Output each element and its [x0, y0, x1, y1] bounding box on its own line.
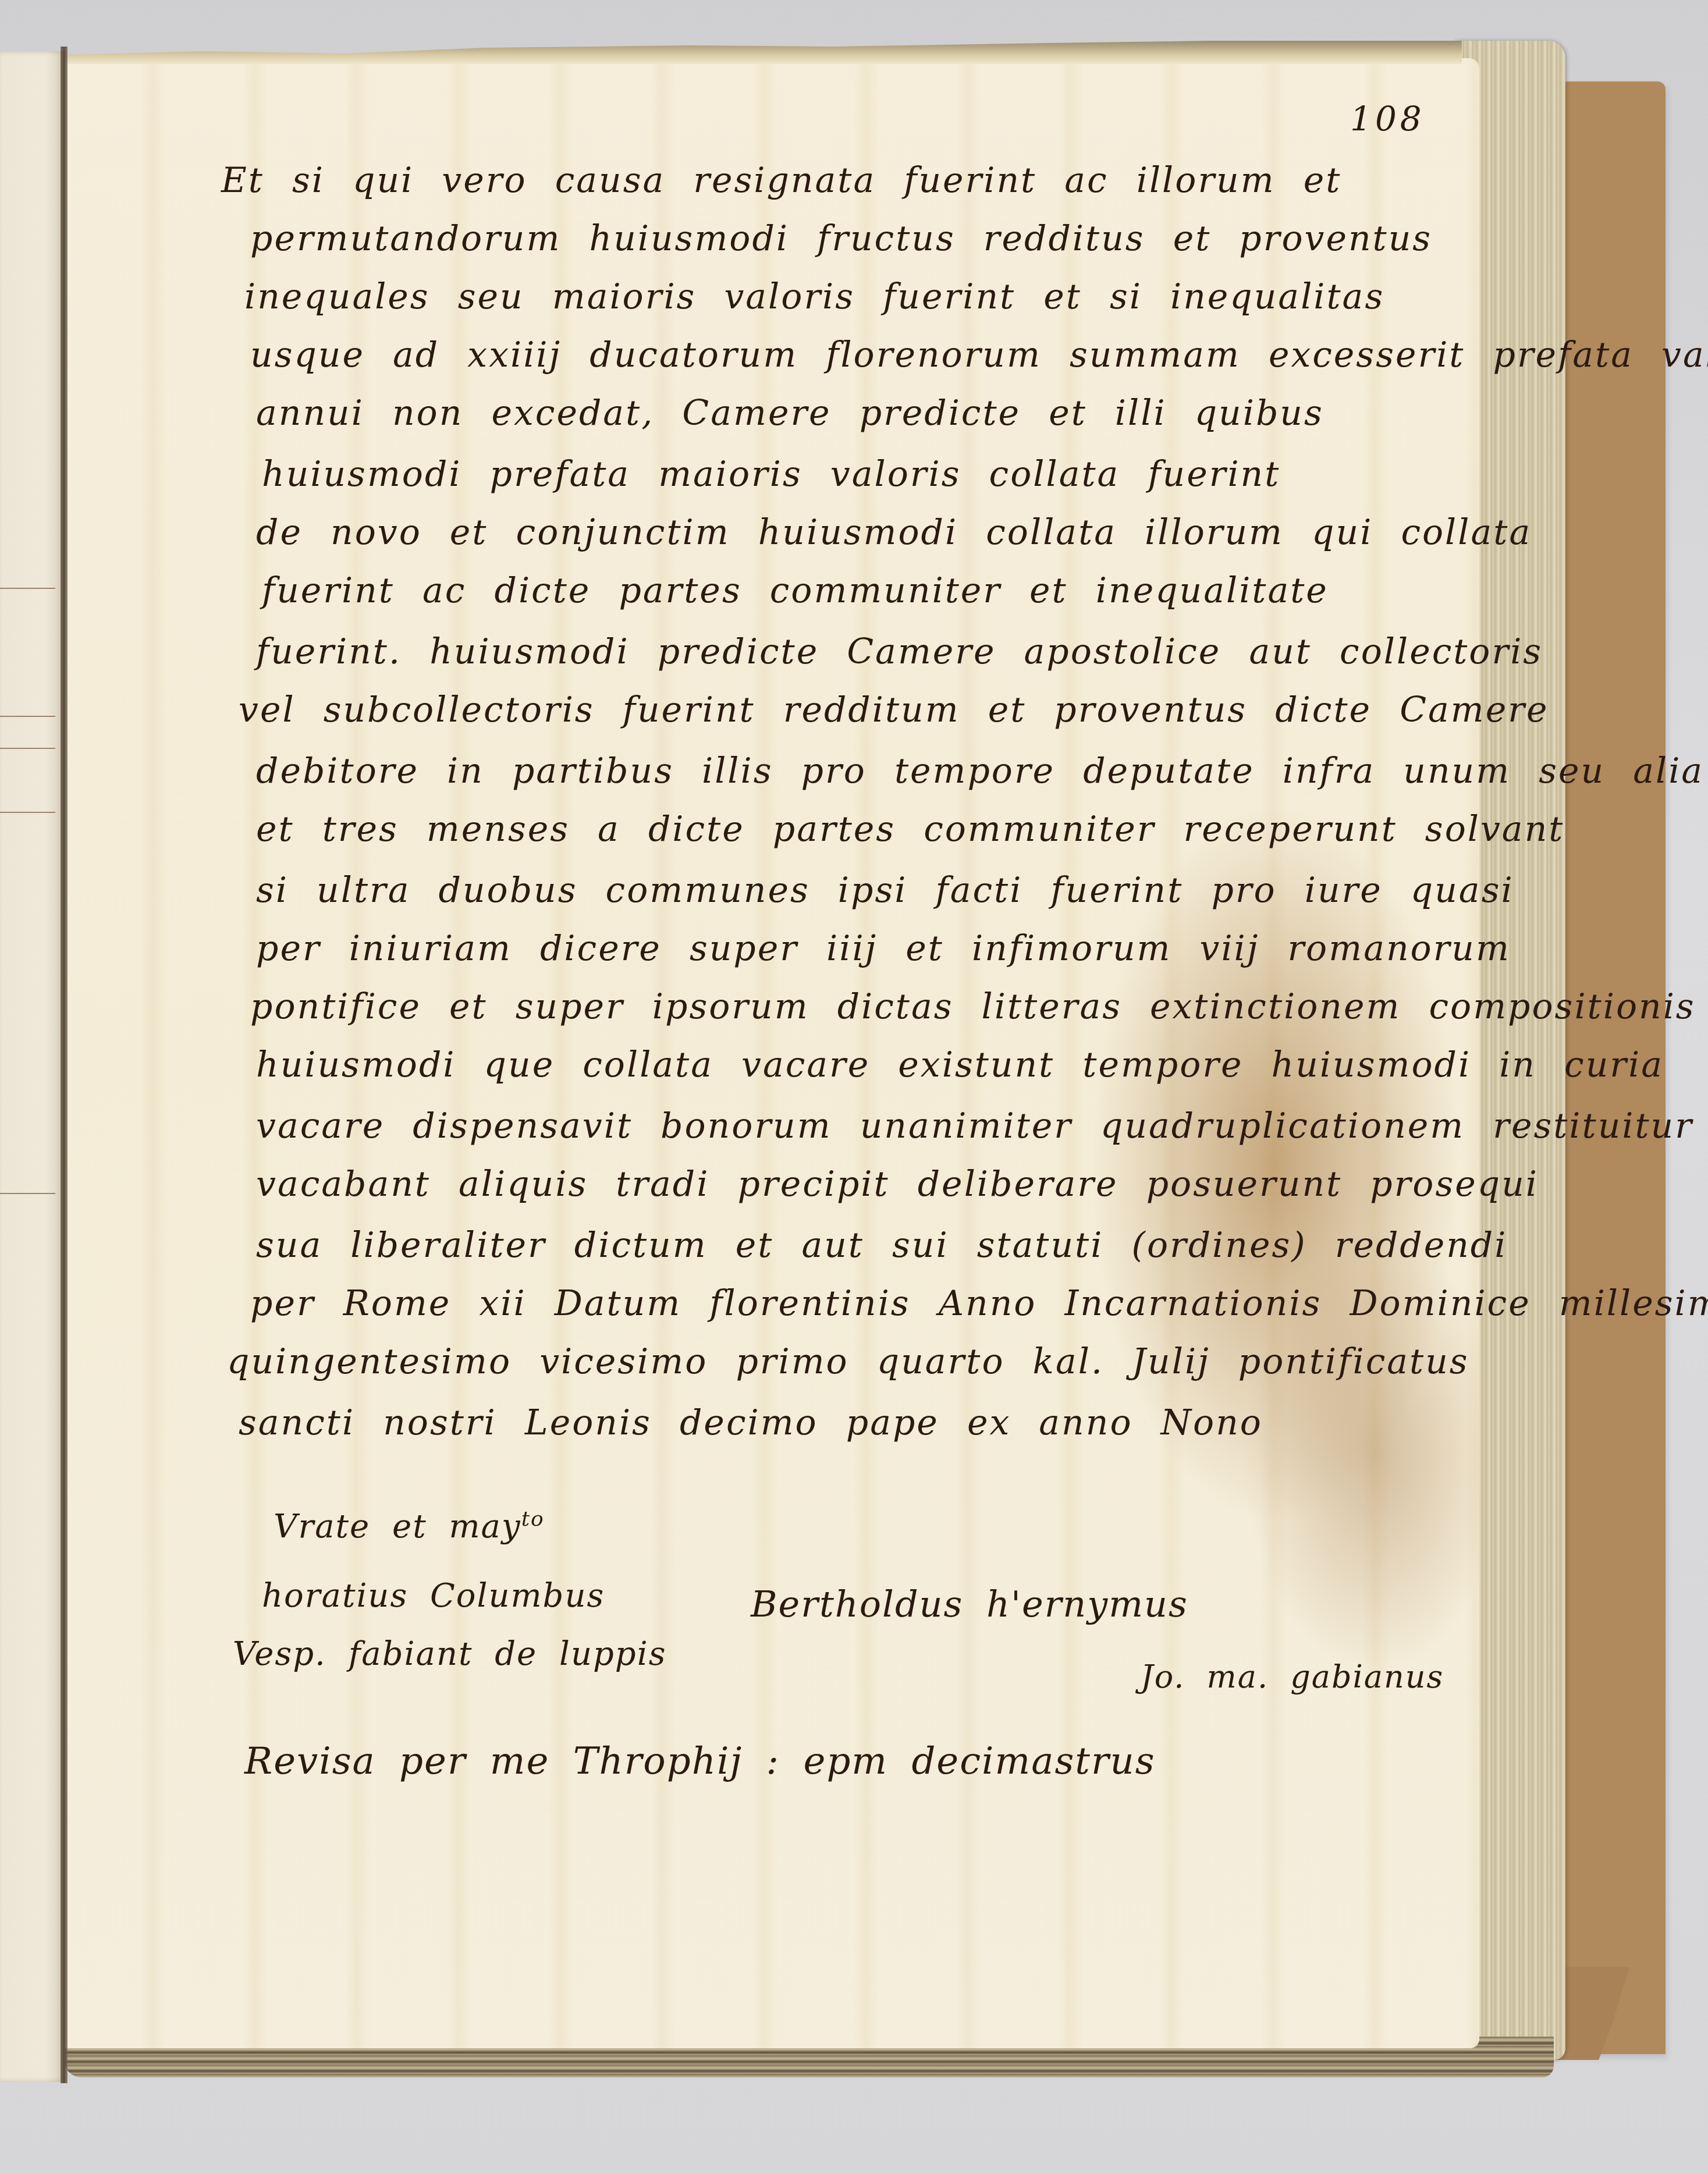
text-line: usque ad xxiiij ducatorum florenorum sum…	[250, 335, 1708, 375]
text-line: vel subcollectoris fuerint redditum et p…	[239, 690, 1549, 730]
text-line: sua liberaliter dictum et aut sui statut…	[256, 1225, 1507, 1266]
text-line: annui non excedat, Camere predicte et il…	[256, 393, 1324, 434]
left-page-ink-stroke	[0, 1193, 55, 1194]
text-line: inequales seu maioris valoris fuerint et…	[244, 276, 1384, 317]
text-line: huiusmodi que collata vacare existunt te…	[256, 1045, 1664, 1085]
book-gutter	[61, 47, 68, 2083]
signature-superscript: to	[521, 1507, 545, 1531]
signature-text: Vrate et may	[274, 1508, 521, 1546]
left-facing-page	[0, 51, 65, 2082]
text-line: de novo et conjunctim huiusmodi collata …	[256, 512, 1532, 553]
text-line: si ultra duobus communes ipsi facti fuer…	[256, 870, 1514, 911]
left-page-ink-stroke	[0, 716, 55, 717]
folio-number: 108	[1350, 99, 1425, 138]
page-edge-top	[65, 41, 1462, 64]
text-line: Et si qui vero causa resignata fuerint a…	[221, 160, 1341, 201]
text-line: et tres menses a dicte partes communiter…	[256, 809, 1564, 850]
signature-fabiant: Vesp. fabiant de luppis	[233, 1635, 666, 1673]
text-line: per iniuriam dicere super iiij et infimo…	[256, 928, 1511, 969]
text-line: permutandorum huiusmodi fructus redditus…	[250, 218, 1432, 259]
signature-bertholdus: Bertholdus h'ernymus	[751, 1583, 1188, 1625]
text-line: fuerint. huiusmodi predicte Camere apost…	[256, 631, 1543, 672]
signature-vrate: Vrate et mayto	[274, 1507, 545, 1546]
signature-gabianus: Jo. ma. gabianus	[1141, 1658, 1444, 1695]
left-page-ink-stroke	[0, 812, 55, 813]
text-line: vacabant aliquis tradi precipit delibera…	[256, 1164, 1539, 1205]
text-line: fuerint ac dicte partes communiter et in…	[262, 570, 1329, 611]
left-page-ink-stroke	[0, 748, 55, 749]
left-page-ink-stroke	[0, 588, 55, 589]
revision-note: Revisa per me Throphij : epm decimastrus	[244, 1740, 1156, 1783]
text-line: quingentesimo vicesimo primo quarto kal.…	[227, 1341, 1469, 1382]
text-line: pontifice et super ipsorum dictas litter…	[250, 986, 1696, 1027]
text-line: per Rome xii Datum florentinis Anno Inca…	[250, 1283, 1708, 1324]
text-line: vacare dispensavit bonorum unanimiter qu…	[256, 1106, 1693, 1146]
text-line: huiusmodi prefata maioris valoris collat…	[262, 454, 1280, 495]
text-line: sancti nostri Leonis decimo pape ex anno…	[239, 1402, 1263, 1443]
signature-horatius: horatius Columbus	[262, 1577, 605, 1615]
text-line: debitore in partibus illis pro tempore d…	[256, 751, 1704, 791]
